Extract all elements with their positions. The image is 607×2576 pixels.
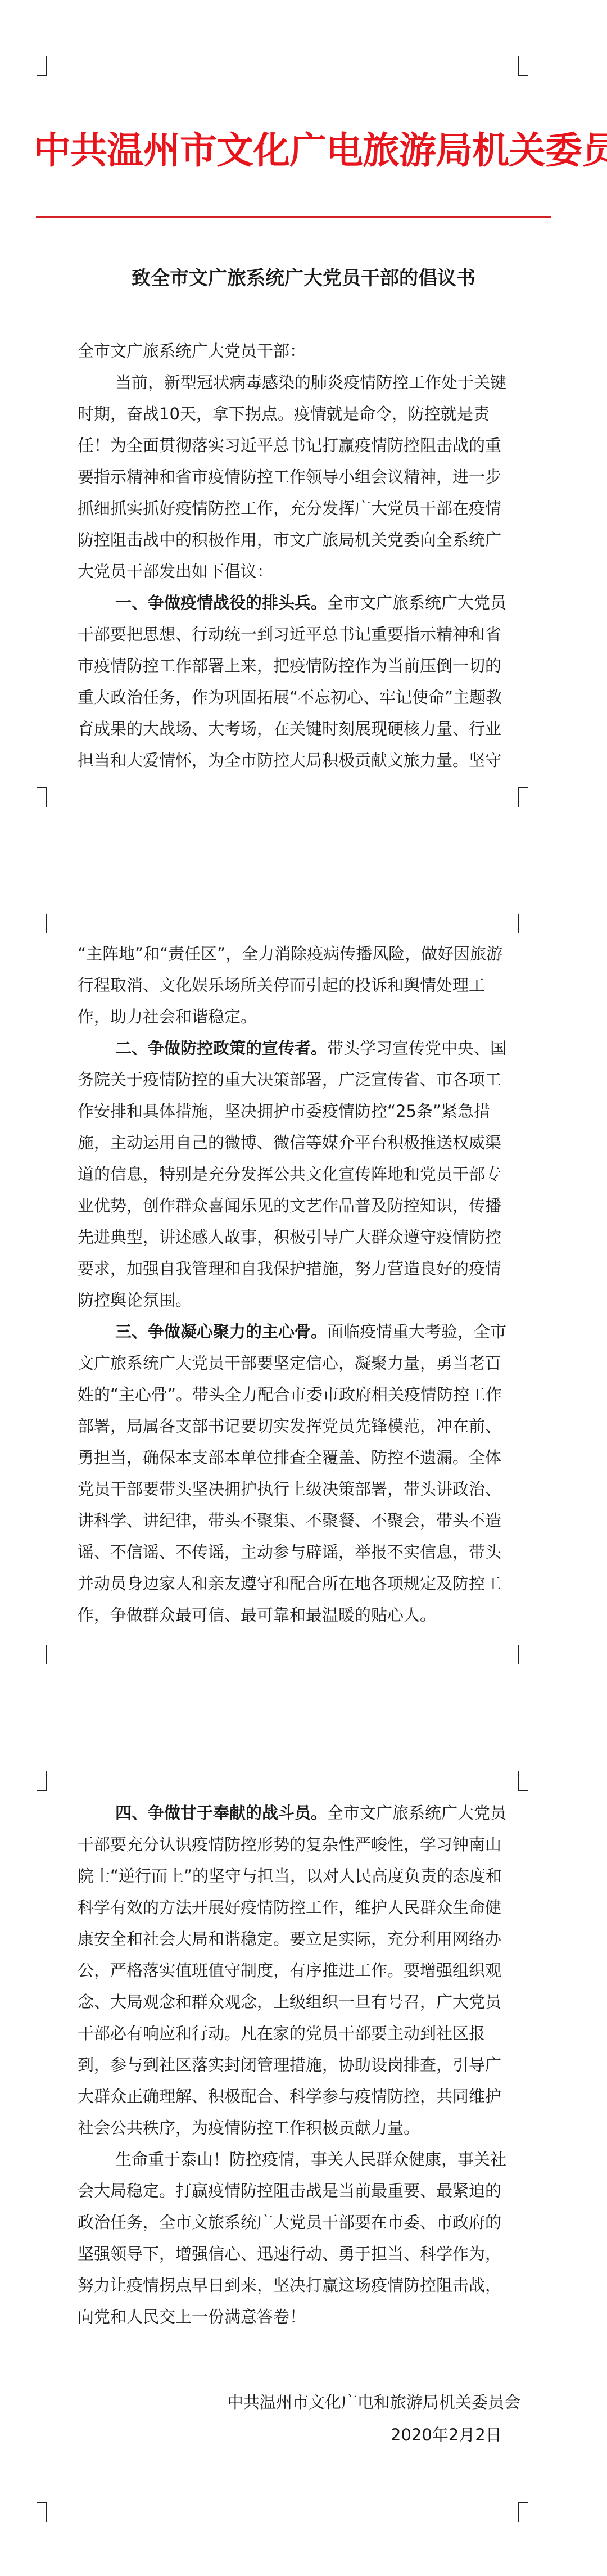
body-line: 讲科学、讲纪律，带头不聚集、不聚餐、不聚会，带头不造 [78,1505,533,1536]
page-corner-mark [518,2502,528,2522]
page-corner-mark [37,1645,47,1664]
body-line: 并动员身边家人和亲友遵守和配合所在地各项规定及防控工 [78,1568,533,1599]
body-line: 防控舆论氛围。 [78,1284,533,1316]
body-line: 施，主动运用自己的微博、微信等媒介平台积极推送权威渠 [78,1127,533,1158]
body-line: 干部要充分认识疫情防控形势的复杂性严峻性，学习钟南山 [78,1829,533,1860]
letterhead-title: 中共温州市文化广电旅游局机关委员会 [34,128,573,173]
page-corner-mark [518,787,528,807]
section-2-text: 带头学习宣传党中央、国 [327,1039,506,1058]
page1-body: 全市文广旅系统广大党员干部： 当前，新型冠状病毒感染的肺炎疫情防控工作处于关键 … [78,335,533,776]
salutation: 全市文广旅系统广大党员干部： [78,335,533,367]
body-line: 大群众正确理解、积极配合、科学参与疫情防控，共同维护 [78,2081,533,2112]
page-corner-mark [37,787,47,807]
letterhead-red-rule [36,216,551,218]
page2-body: “主阵地”和“责任区”，全力消除疫病传播风险，做好因旅游 行程取消、文化娱乐场所… [78,938,533,1631]
body-line: 务院关于疫情防控的重大决策部署，广泛宣传省、市各项工 [78,1064,533,1095]
body-line: 部署，局属各支部书记要切实发挥党员先锋模范，冲在前、 [78,1410,533,1442]
body-line: 任！为全面贯彻落实习近平总书记打赢疫情防控阻击战的重 [78,430,533,461]
body-line: 干部要把思想、行动统一到习近平总书记重要指示精神和省 [78,619,533,650]
body-line: 行程取消、文化娱乐场所关停而引起的投诉和舆情处理工 [78,969,533,1001]
body-line: 院士“逆行而上”的坚守与担当，以对人民高度负责的态度和 [78,1860,533,1892]
section-3-first-line: 三、争做凝心聚力的主心骨。面临疫情重大考验，全市 [78,1316,533,1347]
section-3-heading: 三、争做凝心聚力的主心骨。 [115,1322,327,1341]
body-line: 公，严格落实值班值守制度，有序推进工作。要增强组织观 [78,1955,533,1986]
body-line: 勇担当，确保本支部本单位排查全覆盖、防控不遗漏。全体 [78,1442,533,1473]
body-line: 担当和大爱情怀，为全市防控大局积极贡献文旅力量。坚守 [78,745,533,776]
document-title: 致全市文广旅系统广大党员干部的倡议书 [34,264,573,292]
page-corner-mark [518,914,528,933]
body-line: 抓细抓实抓好疫情防控工作，充分发挥广大党员干部在疫情 [78,493,533,524]
section-2-first-line: 二、争做防控政策的宣传者。带头学习宣传党中央、国 [78,1032,533,1064]
body-line: 向党和人民交上一份满意答卷！ [78,2301,533,2333]
page3-body: 四、争做甘于奉献的战斗员。全市文广旅系统广大党员 干部要充分认识疫情防控形势的复… [78,1797,533,2333]
body-line: 康安全和社会大局和谐稳定。要立足实际，充分利用网络办 [78,1923,533,1955]
body-line: 作安排和具体措施，坚决拥护市委疫情防控“25条”紧急措 [78,1095,533,1127]
page-corner-mark [37,2502,47,2522]
body-line: 重大政治任务，作为巩固拓展“不忘初心、牢记使命”主题教 [78,682,533,713]
body-line: 防控阻击战中的积极作用，市文广旅局机关党委向全系统广 [78,524,533,556]
body-line: 先进典型，讲述感人故事，积极引导广大群众遵守疫情防控 [78,1221,533,1253]
body-line: 当前，新型冠状病毒感染的肺炎疫情防控工作处于关键 [78,367,533,398]
body-line: 育成果的大战场、大考场，在关键时刻展现硬核力量、行业 [78,713,533,745]
page-corner-mark [518,1645,528,1664]
body-line: 作，争做群众最可信、最可靠和最温暖的贴心人。 [78,1599,533,1631]
signature-date: 2020年2月2日 [391,2424,502,2446]
body-line: 科学有效的方法开展好疫情防控工作，维护人民群众生命健 [78,1892,533,1923]
page-corner-mark [37,56,47,76]
body-line: 时期，奋战10天，拿下拐点。疫情就是命令，防控就是责 [78,398,533,430]
body-line: 社会公共秩序，为疫情防控工作积极贡献力量。 [78,2112,533,2144]
body-line: 姓的“主心骨”。带头全力配合市委市政府相关疫情防控工作 [78,1379,533,1410]
body-line: 市疫情防控工作部署上来，把疫情防控作为当前压倒一切的 [78,650,533,682]
body-line: 文广旅系统广大党员干部要坚定信心，凝聚力量，勇当老百 [78,1347,533,1379]
section-1-first-line: 一、争做疫情战役的排头兵。全市文广旅系统广大党员 [78,587,533,619]
body-line: 作，助力社会和谐稳定。 [78,1001,533,1032]
body-line: 大党员干部发出如下倡议： [78,556,533,587]
section-4-heading: 四、争做甘于奉献的战斗员。 [115,1803,327,1822]
body-line: 谣、不信谣、不传谣，主动参与辟谣，举报不实信息，带头 [78,1536,533,1568]
body-line: 党员干部要带头坚决拥护执行上级决策部署，带头讲政治、 [78,1473,533,1505]
body-line: 到，参与到社区落实封闭管理措施，协助设岗排查，引导广 [78,2049,533,2081]
body-line: 会大局稳定。打赢疫情防控阻击战是当前最重要、最紧迫的 [78,2175,533,2207]
section-4-text: 全市文广旅系统广大党员 [327,1803,506,1822]
body-line: 业优势，创作群众喜闻乐见的文艺作品普及防控知识，传播 [78,1190,533,1221]
body-line: 政治任务，全市文旅系统广大党员干部要在市委、市政府的 [78,2207,533,2238]
closing-first-line: 生命重于泰山！防控疫情，事关人民群众健康，事关社 [78,2144,533,2175]
page-corner-mark [518,56,528,76]
body-line: 要指示精神和省市疫情防控工作领导小组会议精神，进一步 [78,461,533,493]
body-line: 道的信息，特别是充分发挥公共文化宣传阵地和党员干部专 [78,1158,533,1190]
body-line: “主阵地”和“责任区”，全力消除疫病传播风险，做好因旅游 [78,938,533,969]
signature-organization: 中共温州市文化广电和旅游局机关委员会 [227,2391,520,2413]
body-line: 干部必有响应和行动。凡在家的党员干部要主动到社区报 [78,2018,533,2049]
section-2-heading: 二、争做防控政策的宣传者。 [115,1039,327,1058]
body-line: 要求，加强自我管理和自我保护措施，努力营造良好的疫情 [78,1253,533,1284]
page-corner-mark [518,1771,528,1791]
section-1-heading: 一、争做疫情战役的排头兵。 [115,593,327,612]
section-1-text: 全市文广旅系统广大党员 [327,593,506,612]
section-3-text: 面临疫情重大考验，全市 [327,1322,506,1341]
page-corner-mark [37,914,47,933]
page-corner-mark [37,1771,47,1791]
body-line: 努力让疫情拐点早日到来，坚决打赢这场疫情防控阻击战， [78,2270,533,2301]
body-line: 念、大局观念和群众观念，上级组织一旦有号召，广大党员 [78,1986,533,2018]
body-line: 坚强领导下，增强信心、迅速行动、勇于担当、科学作为， [78,2238,533,2270]
section-4-first-line: 四、争做甘于奉献的战斗员。全市文广旅系统广大党员 [78,1797,533,1829]
